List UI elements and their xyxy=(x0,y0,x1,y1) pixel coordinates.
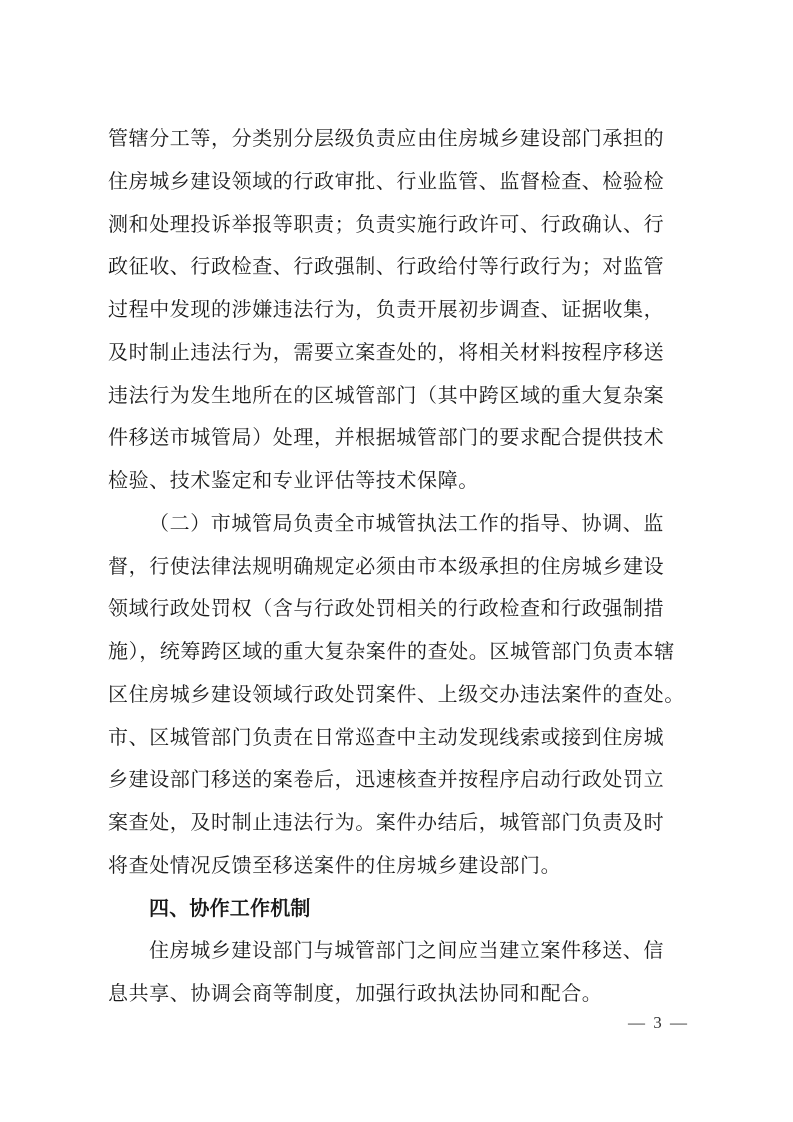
text-line: 施），统筹跨区域的重大复杂案件的查处。区城管部门负责本辖 xyxy=(108,630,688,673)
section-heading: 四、协作工作机制 xyxy=(108,887,688,930)
document-page: 管辖分工等，分类别分层级负责应由住房城乡建设部门承担的 住房城乡建设领域的行政审… xyxy=(0,0,793,1122)
text-line: （二）市城管局负责全市城管执法工作的指导、协调、监 xyxy=(108,502,688,545)
text-line: 领域行政处罚权（含与行政处罚相关的行政检查和行政强制措 xyxy=(108,587,688,630)
text-line: 住房城乡建设领域的行政审批、行业监管、监督检查、检验检 xyxy=(108,160,688,203)
text-line: 乡建设部门移送的案卷后，迅速核查并按程序启动行政处罚立 xyxy=(108,758,688,801)
text-line: 过程中发现的涉嫌违法行为，负责开展初步调查、证据收集， xyxy=(108,288,688,331)
text-line: 将查处情况反馈至移送案件的住房城乡建设部门。 xyxy=(108,844,688,887)
document-body: 管辖分工等，分类别分层级负责应由住房城乡建设部门承担的 住房城乡建设领域的行政审… xyxy=(108,117,688,1015)
text-line: 住房城乡建设部门与城管部门之间应当建立案件移送、信 xyxy=(108,929,688,972)
text-line: 案查处，及时制止违法行为。案件办结后，城管部门负责及时 xyxy=(108,801,688,844)
paragraph-section-2: （二）市城管局负责全市城管执法工作的指导、协调、监 督，行使法律法规明确规定必须… xyxy=(108,502,688,887)
text-line: 督，行使法律法规明确规定必须由市本级承担的住房城乡建设 xyxy=(108,545,688,588)
page-number: — 3 — xyxy=(628,1013,689,1033)
text-line: 政征收、行政检查、行政强制、行政给付等行政行为；对监管 xyxy=(108,245,688,288)
text-line: 管辖分工等，分类别分层级负责应由住房城乡建设部门承担的 xyxy=(108,117,688,160)
text-line: 测和处理投诉举报等职责；负责实施行政许可、行政确认、行 xyxy=(108,203,688,246)
text-line: 检验、技术鉴定和专业评估等技术保障。 xyxy=(108,459,688,502)
text-line: 件移送市城管局）处理，并根据城管部门的要求配合提供技术 xyxy=(108,416,688,459)
text-line: 区住房城乡建设领域行政处罚案件、上级交办违法案件的查处。 xyxy=(108,673,688,716)
paragraph-continuation: 管辖分工等，分类别分层级负责应由住房城乡建设部门承担的 住房城乡建设领域的行政审… xyxy=(108,117,688,502)
text-line: 违法行为发生地所在的区城管部门（其中跨区域的重大复杂案 xyxy=(108,374,688,417)
text-line: 及时制止违法行为，需要立案查处的，将相关材料按程序移送 xyxy=(108,331,688,374)
paragraph-collaboration: 住房城乡建设部门与城管部门之间应当建立案件移送、信 息共享、协调会商等制度，加强… xyxy=(108,929,688,1015)
text-line: 息共享、协调会商等制度，加强行政执法协同和配合。 xyxy=(108,972,688,1015)
text-line: 市、区城管部门负责在日常巡查中主动发现线索或接到住房城 xyxy=(108,716,688,759)
